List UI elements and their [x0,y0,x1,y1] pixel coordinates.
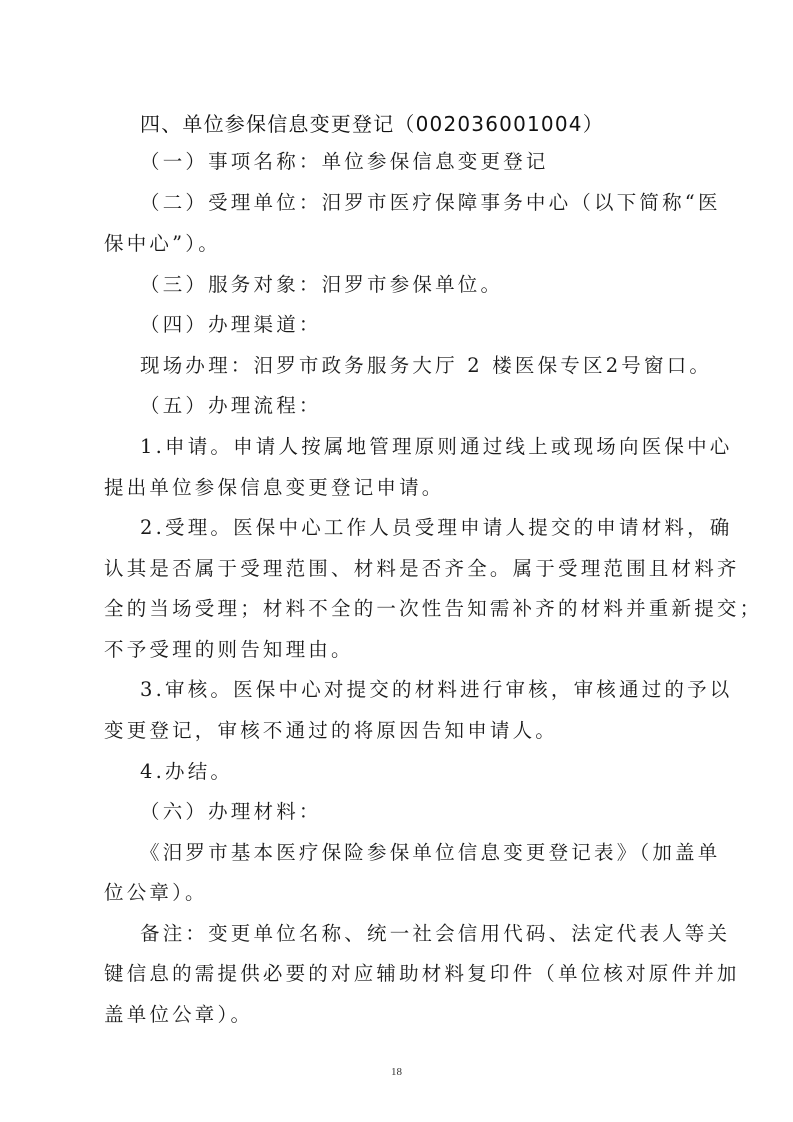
materials-line: 《汨罗市基本医疗保险参保单位信息变更登记表》（加盖单 [140,841,720,865]
step-3-line-cont: 变更登记，审核不通过的将原因告知申请人。 [104,719,558,743]
remarks-line: 备注：变更单位名称、统一社会信用代码、法定代表人等关 [140,922,730,946]
accepting-unit-line: （二）受理单位：汨罗市医疗保障事务中心（以下简称“医 [140,191,721,215]
materials-heading: （六）办理材料： [140,800,322,824]
step-4-line: 4.办结。 [140,760,233,784]
accepting-unit-line-cont: 保中心”）。 [104,232,221,256]
item-name-line: （一）事项名称：单位参保信息变更登记 [140,150,549,174]
service-target-line: （三）服务对象：汨罗市参保单位。 [140,273,503,297]
remarks-line-cont-1: 键信息的需提供必要的对应辅助材料复印件（单位核对原件并加 [104,962,740,986]
remarks-line-cont-2: 盖单位公章）。 [104,1003,253,1027]
channel-heading: （四）办理渠道： [140,313,322,337]
step-2-line-cont-3: 不予受理的则告知理由。 [104,638,354,662]
page-number: 18 [0,1066,793,1078]
step-2-line-cont-2: 全的当场受理；材料不全的一次性告知需补齐的材料并重新提交； [104,597,762,621]
step-3-line: 3.审核。医保中心对提交的材料进行审核，审核通过的予以 [140,678,733,702]
step-1-line: 1.申请。申请人按属地管理原则通过线上或现场向医保中心 [140,435,733,459]
onsite-channel-line: 现场办理：汨罗市政务服务大厅 2 楼医保专区2号窗口。 [140,354,712,378]
materials-line-cont: 位公章）。 [104,881,208,905]
step-1-line-cont: 提出单位参保信息变更登记申请。 [104,476,445,500]
step-2-line: 2.受理。医保中心工作人员受理申请人提交的申请材料，确 [140,516,733,540]
section-heading: 四、单位参保信息变更登记（002036001004） [140,112,604,136]
document-page: 四、单位参保信息变更登记（002036001004） （一）事项名称：单位参保信… [0,0,793,1122]
process-heading: （五）办理流程： [140,394,322,418]
step-2-line-cont-1: 认其是否属于受理范围、材料是否齐全。属于受理范围且材料齐 [104,557,740,581]
